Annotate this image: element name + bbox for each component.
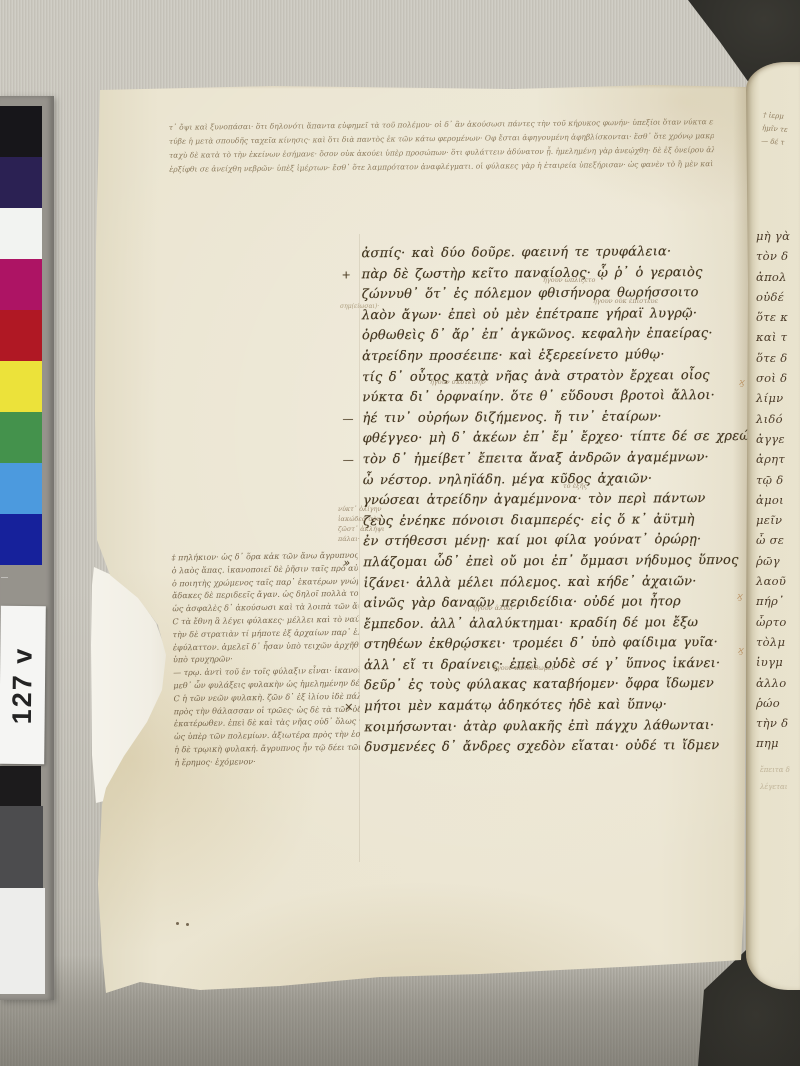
red-marginal-mark: ϗ: [737, 592, 743, 602]
verse-text: ἀτρείδην προσέειπε· καὶ ἐξερεείνετο μύθῳ…: [362, 347, 665, 364]
next-page-faint-fragment: ἔπειτα δ: [760, 762, 790, 779]
verse-line: ὀρθωθεὶς δ᾽ ἄρ᾽ ἐπ᾽ ἀγκῶνος. κεφαλὴν ἐπα…: [362, 324, 754, 347]
next-page-faint-fragment: λέγεται: [760, 779, 790, 796]
next-page-line-fragment: οὐδέ: [756, 287, 790, 307]
next-page-faint-text: ἔπειτα δλέγεται: [760, 762, 790, 796]
next-page-line-fragment: τὴν δ: [756, 713, 790, 733]
magenta-patch: [0, 259, 42, 310]
verse-line: ζεὺς ἐνέηκε πόνοισι διαμπερές· εἰς ὅ κ᾽ …: [363, 510, 755, 533]
verse-text: αἰνῶς γὰρ δαναῶν περιδείδια· οὐδέ μοι ἦτ…: [364, 594, 681, 611]
verse-line: ὦ νέστορ. νηληϊάδη. μέγα κῦδος ἀχαιῶν·: [363, 468, 755, 491]
next-page-line-fragment: ὅτε κ: [756, 307, 790, 327]
next-page-scholia-fragment: — δέ τ: [761, 135, 787, 150]
top-margin-scholia: τ᾽ ὄψι καὶ ξυνοπάσαι· ὅτι δηλονότι ἅπαντ…: [169, 115, 715, 177]
main-text-block: ἀσπίς· καὶ δύο δοῦρε. φαεινή τε τρυφάλει…: [361, 242, 756, 759]
verse-line: στηθέων ἐκθρῴσκει· τρομέει δ᾽ ὑπὸ φαίδιμ…: [364, 633, 756, 656]
line-marker: —: [342, 409, 353, 430]
ruling-line: [359, 234, 360, 862]
interlinear-gloss: ἤγουν σκοτεινήν: [430, 378, 486, 386]
folio-number-label: 127 v: [0, 606, 46, 764]
verse-text: ἐν στήθεσσι μένῃ· καί μοι φίλα γούνατ᾽ ὀ…: [363, 532, 701, 549]
manuscript-photo: † ἱερμἡμῖν τε— δέ τ μὴ γὰτὸν δἀπολοὐδέὅτ…: [0, 0, 800, 1066]
next-page-line-fragment: ἀγγε: [756, 429, 790, 449]
verse-line: ἀλλ᾽ εἴ τι δραίνεις· ἐπεὶ οὐδὲ σέ γ᾽ ὕπν…: [364, 654, 756, 677]
verse-line: αἰνῶς γὰρ δαναῶν περιδείδια· οὐδέ μοι ἦτ…: [364, 592, 756, 615]
interlinear-gloss: τὸ ἑξῆς: [563, 482, 587, 490]
grayscale-patches: [0, 766, 45, 994]
line-marker: +: [342, 265, 352, 286]
green-patch: [0, 412, 42, 463]
ink-dot: [176, 922, 179, 925]
verse-line: λαὸν ἄγων· ἐπεὶ οὐ μὲν ἐπέτραπε γήραϊ λυ…: [362, 304, 754, 327]
dark-violet-patch: [0, 157, 42, 208]
white-patch-lower: [0, 888, 45, 994]
next-page-line-fragment: ὦρτο: [756, 612, 790, 632]
interlinear-gloss: ἤγουν οὐκ ἐπίστευε: [593, 297, 658, 305]
verse-line: ἀτρείδην προσέειπε· καὶ ἐξερεείνετο μύθῳ…: [362, 345, 754, 368]
next-page-line-fragment: καὶ τ: [756, 327, 790, 347]
red-patch: [0, 310, 42, 361]
scholia-line: ἡ δὲ τρῳικὴ φυλακή. ἄγρυπνος ἦν τῷ δέει …: [174, 742, 360, 757]
verse-line: κοιμήσωνται· ἀτὰρ φυλακῆς ἐπὶ πάγχυ λάθω…: [364, 715, 756, 738]
next-page-line-fragment: ἀρητ: [756, 449, 790, 469]
interlinear-gloss: ἤγουν κατέλθωμεν: [493, 664, 555, 672]
next-page-line-fragment: ὦ σε: [756, 530, 790, 550]
black-patch-lower: [0, 766, 41, 806]
scholia-line: ἡ ἔρημος· ἐχόμενον·: [174, 754, 360, 769]
blue-patch: [0, 514, 42, 565]
manuscript-page: τ᾽ ὄψι καὶ ξυνοπάσαι· ὅτι δηλονότι ἅπαντ…: [93, 84, 749, 996]
next-page-line-fragment: μεῖν: [756, 510, 790, 530]
next-page-line-fragment: πημ: [756, 733, 790, 753]
verse-text: ζεὺς ἐνέηκε πόνοισι διαμπερές· εἰς ὅ κ᾽ …: [363, 512, 695, 529]
verse-line: δεῦρ᾽ ἐς τοὺς φύλακας καταβήομεν· ὄφρα ἴ…: [364, 674, 756, 697]
next-page-text: μὴ γὰτὸν δἀπολοὐδέὅτε κκαὶ τὅτε δσοὶ δλί…: [756, 226, 790, 754]
red-marginal-mark: ϗ: [739, 378, 745, 388]
marginal-micro-gloss: σημ(είωσαι)·: [340, 303, 379, 310]
red-marginal-mark: ϗ: [738, 646, 744, 656]
verse-text: φθέγγεο· μὴ δ᾽ ἀκέων ἐπ᾽ ἔμ᾽ ἔρχεο· τίπτ…: [363, 429, 755, 446]
verse-text: στηθέων ἐκθρῴσκει· τρομέει δ᾽ ὑπὸ φαίδιμ…: [364, 635, 718, 652]
dark-gray-patch: [0, 806, 43, 888]
next-page-line-fragment: λιδό: [756, 409, 790, 429]
verse-line: ×μήτοι μὲν καμάτῳ ἀδηκότες ἠδὲ καὶ ὕπνῳ·: [364, 695, 756, 718]
verse-text: ἀσπίς· καὶ δύο δοῦρε. φαεινή τε τρυφάλει…: [361, 244, 671, 261]
verse-text: λαὸν ἄγων· ἐπεὶ οὐ μὲν ἐπέτραπε γήραϊ λυ…: [362, 306, 697, 323]
verse-line: νύκτα δι᾽ ὀρφναίην. ὅτε θ᾽ εὕδουσι βροτο…: [362, 386, 754, 409]
next-page-line-fragment: ἀπολ: [756, 267, 790, 287]
next-page-line-fragment: λαοῦ: [756, 571, 790, 591]
next-page-line-fragment: σοὶ δ: [756, 368, 790, 388]
verse-line: —τὸν δ᾽ ἠμείβετ᾽ ἔπειτα ἄναξ ἀνδρῶν ἀγαμ…: [363, 448, 755, 471]
light-blue-patch: [0, 463, 42, 514]
gloss-line: νύκτ᾽ ὀλίγην: [338, 504, 384, 514]
verse-line: ἔμπεδον. ἀλλ᾽ ἀλαλύκτημαι· κραδίη δέ μοι…: [364, 612, 756, 635]
next-page-scholia: † ἱερμἡμῖν τε— δέ τ: [761, 109, 789, 150]
verse-line: γνώσεαι ἀτρείδην ἀγαμέμνονα· τὸν περὶ πά…: [363, 489, 755, 512]
black-patch: [0, 106, 42, 157]
verse-line: ἐν στήθεσσι μένῃ· καί μοι φίλα γούνατ᾽ ὀ…: [363, 530, 755, 553]
verse-text: ἔμπεδον. ἀλλ᾽ ἀλαλύκτημαι· κραδίη δέ μοι…: [364, 615, 699, 632]
next-page-line-fragment: τὸλμ: [756, 632, 790, 652]
verse-text: νύκτα δι᾽ ὀρφναίην. ὅτε θ᾽ εὕδουσι βροτο…: [362, 388, 715, 405]
left-margin-scholia: ‡ πηλήκιον· ὡς δ᾽ ὅρα κἀκ τῶν ἄνω ἄγρυπν…: [171, 550, 360, 770]
verse-text: πλάζομαι ὧδ᾽ ἐπεὶ οὔ μοι ἐπ᾽ ὄμμασι νήδυ…: [363, 553, 738, 570]
verse-line: ἱζάνει· ἀλλὰ μέλει πόλεμος. καὶ κήδε᾽ ἀχ…: [363, 571, 755, 594]
verse-text: δεῦρ᾽ ἐς τοὺς φύλακας καταβήομεν· ὄφρα ἴ…: [364, 677, 714, 694]
verse-text: κοιμήσωνται· ἀτὰρ φυλακῆς ἐπὶ πάγχυ λάθω…: [364, 718, 714, 735]
verse-text: τίς δ᾽ οὗτος κατὰ νῆας ἀνὰ στρατὸν ἔρχεα…: [362, 368, 710, 385]
next-page-line-fragment: ἰυγμ: [756, 652, 790, 672]
line-marker: —: [343, 450, 354, 471]
gloss-line: πάλαι·: [338, 534, 384, 544]
next-page-line-fragment: τῷ δ: [756, 470, 790, 490]
marginal-gloss-block: νύκτ᾽ ὀλίγηνἰακώδεα σὸνζῶστ᾽ ἀκλήψιπάλαι…: [338, 504, 384, 544]
white-patch: [0, 208, 42, 259]
verse-line: ἀσπίς· καὶ δύο δοῦρε. φαεινή τε τρυφάλει…: [361, 242, 753, 265]
next-page-line-fragment: πήρ᾽: [756, 591, 790, 611]
next-page-line-fragment: ἀλλο: [756, 673, 790, 693]
next-page-line-fragment: ἀμοι: [756, 490, 790, 510]
verse-text: γνώσεαι ἀτρείδην ἀγαμέμνονα· τὸν περὶ πά…: [363, 491, 706, 508]
next-page-line-fragment: ῥῶγ: [756, 551, 790, 571]
book-fore-edge: † ἱερμἡμῖν τε— δέ τ μὴ γὰτὸν δἀπολοὐδέὅτ…: [746, 62, 800, 990]
verse-line: —ἠέ τιν᾽ οὐρήων διζήμενος. ἤ τιν᾽ ἑταίρω…: [362, 407, 754, 430]
ink-dot: [186, 923, 189, 926]
verse-text: ἠέ τιν᾽ οὐρήων διζήμενος. ἤ τιν᾽ ἑταίρων…: [362, 409, 661, 426]
gloss-line: ζῶστ᾽ ἀκλήψι: [338, 524, 384, 534]
next-page-line-fragment: τὸν δ: [756, 246, 790, 266]
interlinear-gloss: ἤγουν ἀλύω: [473, 604, 512, 612]
verse-line: ζώννυθ᾽ ὅτ᾽ ἐς πόλεμον φθισήνορα θωρήσσο…: [362, 283, 754, 306]
next-page-line-fragment: λίμν: [756, 388, 790, 408]
verse-line: »πλάζομαι ὧδ᾽ ἐπεὶ οὔ μοι ἐπ᾽ ὄμμασι νήδ…: [363, 551, 755, 574]
yellow-patch: [0, 361, 42, 412]
verse-text: τὸν δ᾽ ἠμείβετ᾽ ἔπειτα ἄναξ ἀνδρῶν ἀγαμέ…: [363, 450, 709, 467]
verse-line: τίς δ᾽ οὗτος κατὰ νῆας ἀνὰ στρατὸν ἔρχεα…: [362, 365, 754, 388]
next-page-line-fragment: ῥώο: [756, 693, 790, 713]
verse-line: φθέγγεο· μὴ δ᾽ ἀκέων ἐπ᾽ ἔμ᾽ ἔρχεο· τίπτ…: [363, 427, 755, 450]
verse-line: δυσμενέες δ᾽ ἄνδρες σχεδὸν εἵαται· οὐδέ …: [364, 736, 756, 759]
verse-text: ὀρθωθεὶς δ᾽ ἄρ᾽ ἐπ᾽ ἀγκῶνος. κεφαλὴν ἐπα…: [362, 326, 713, 343]
verse-text: πὰρ δὲ ζωστὴρ κεῖτο παναίολος· ᾧ ῥ᾽ ὁ γε…: [362, 265, 703, 282]
verse-text: μήτοι μὲν καμάτῳ ἀδηκότες ἠδὲ καὶ ὕπνῳ·: [364, 697, 667, 714]
folio-number-text: 127 v: [7, 646, 39, 724]
next-page-line-fragment: ὅτε δ: [756, 348, 790, 368]
color-patches: [0, 106, 42, 565]
interlinear-gloss: ἤγουν ὡπλίζετο: [543, 276, 595, 284]
verse-text: δυσμενέες δ᾽ ἄνδρες σχεδὸν εἵαται· οὐδέ …: [364, 738, 719, 755]
verse-text: ὦ νέστορ. νηληϊάδη. μέγα κῦδος ἀχαιῶν·: [363, 471, 652, 488]
verse-text: ἱζάνει· ἀλλὰ μέλει πόλεμος. καὶ κήδε᾽ ἀχ…: [363, 574, 696, 591]
gloss-line: ἰακώδεα σὸν: [338, 514, 384, 524]
next-page-line-fragment: μὴ γὰ: [756, 226, 790, 246]
